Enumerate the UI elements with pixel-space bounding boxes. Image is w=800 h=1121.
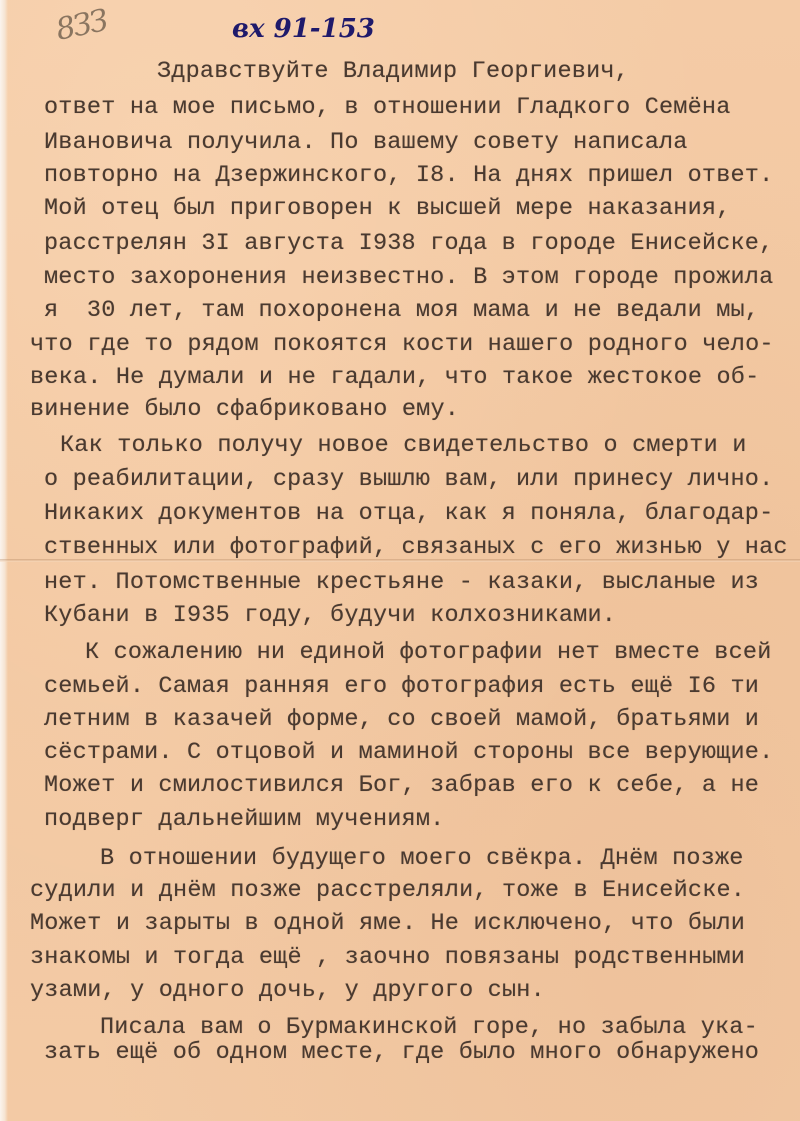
text-line: место захоронения неизвестно. В этом гор… — [44, 266, 773, 290]
text-line: судили и днём позже расстреляли, тоже в … — [30, 879, 745, 903]
text-line: летним в казачей форме, со своей мамой, … — [44, 708, 759, 732]
letter-page: 8ЗЗ вх 91-153 Здравствуйте Владимир Геор… — [0, 0, 800, 1121]
text-line: Мой отец был приговорен к высшей мере на… — [44, 197, 731, 221]
text-line: узами, у одного дочь, у другого сын. — [30, 979, 545, 1003]
text-line: Писала вам о Бурмакинской горе, но забыл… — [100, 1016, 758, 1040]
text-line: Может и смилостивился Бог, забрав его к … — [44, 774, 759, 798]
text-line: Кубани в I935 году, будучи колхозниками. — [44, 604, 616, 628]
text-line: сёстрами. С отцовой и маминой стороны вс… — [44, 741, 773, 765]
text-line: Ивановича получила. По вашему совету нап… — [44, 131, 688, 155]
text-line: зать ещё об одном месте, где было много … — [44, 1041, 759, 1065]
salutation: Здравствуйте Владимир Георгиевич, — [157, 60, 629, 84]
text-line: знакомы и тогда ещё , заочно повязаны ро… — [30, 946, 745, 970]
pencil-annotation: 8ЗЗ — [53, 3, 110, 48]
text-line: что где то рядом покоятся кости нашего р… — [30, 333, 774, 357]
text-line: Никаких документов на отца, как я поняла… — [44, 502, 773, 526]
text-line: нет. Потомственные крестьяне - казаки, в… — [44, 571, 759, 595]
text-line: о реабилитации, сразу вышлю вам, или при… — [44, 468, 773, 492]
text-line: ответ на мое письмо, в отношении Гладког… — [44, 96, 731, 120]
text-line: Как только получу новое свидетельство о … — [60, 434, 747, 458]
text-line: повторно на Дзержинского, I8. На днях пр… — [44, 164, 773, 188]
text-line: я 30 лет, там похоронена моя мама и не в… — [44, 299, 759, 323]
text-line: винение было сфабриковано ему. — [30, 398, 459, 422]
text-line: К сожалению ни единой фотографии нет вме… — [85, 641, 772, 665]
text-line: расстрелян 3I августа I938 года в городе… — [44, 232, 773, 256]
text-line: века. Не думали и не гадали, что такое ж… — [30, 366, 759, 390]
ink-registration-number: вх 91-153 — [232, 14, 375, 44]
text-line: Может и зарыты в одной яме. Не исключено… — [30, 912, 745, 936]
text-line: В отношении будущего моего свёкра. Днём … — [100, 847, 744, 871]
text-line: ственных или фотографий, связаных с его … — [44, 536, 788, 560]
text-line: семьей. Самая ранняя его фотография есть… — [44, 675, 759, 699]
text-line: подверг дальнейшим мучениям. — [44, 808, 444, 832]
